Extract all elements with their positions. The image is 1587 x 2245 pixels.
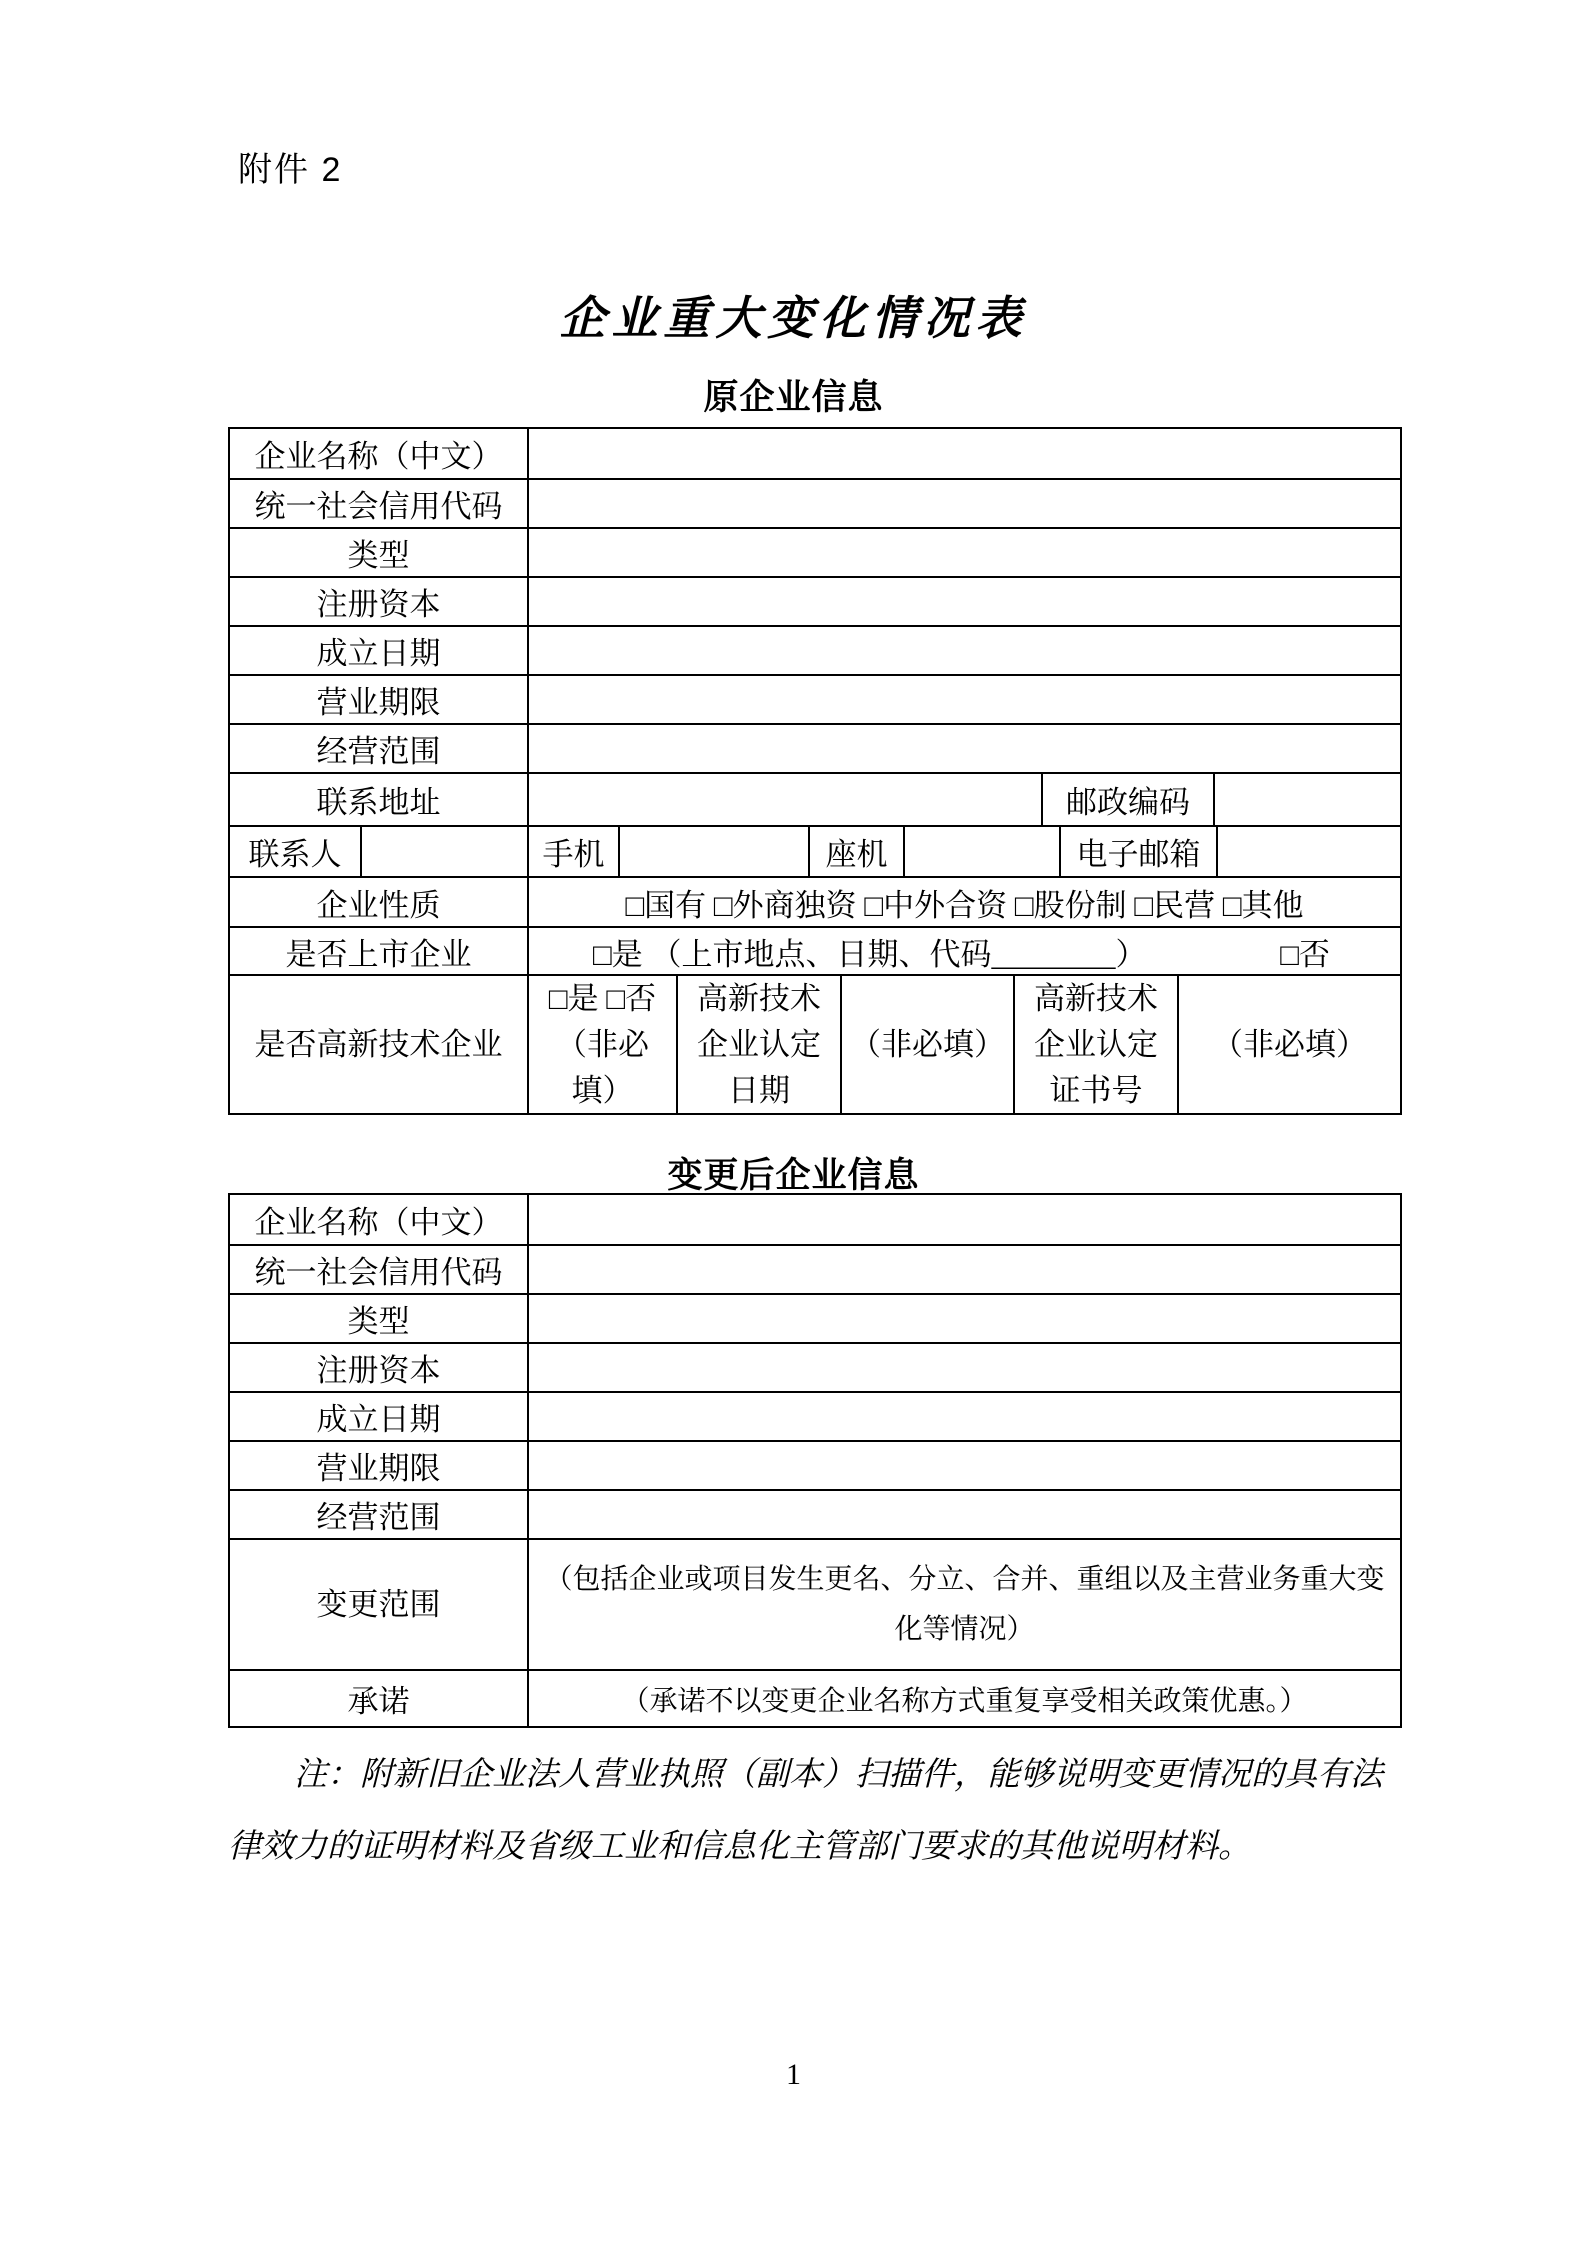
field-value-input[interactable] (527, 1195, 1400, 1244)
field-value-input[interactable] (527, 627, 1400, 674)
landline-input[interactable] (903, 827, 1059, 876)
page-number: 1 (0, 2058, 1587, 2092)
table-row-promise: 承诺 （承诺不以变更企业名称方式重复享受相关政策优惠。） (230, 1669, 1400, 1726)
promise-input[interactable]: （承诺不以变更企业名称方式重复享受相关政策优惠。） (527, 1671, 1400, 1726)
address-label: 联系地址 (230, 774, 527, 825)
mobile-input[interactable] (618, 827, 808, 876)
table-row-address: 联系地址 邮政编码 (230, 772, 1400, 825)
field-label: 统一社会信用代码 (230, 480, 527, 527)
document-page: 附件 2 企业重大变化情况表 原企业信息 企业名称（中文） 统一社会信用代码 类… (0, 0, 1587, 2245)
hightech-cert-date-label: 高新技术企业认定日期 (676, 976, 840, 1113)
email-label: 电子邮箱 (1059, 827, 1216, 876)
table-row: 类型 (230, 1293, 1400, 1342)
field-label: 类型 (230, 529, 527, 576)
address-value-input[interactable] (527, 774, 1041, 825)
table-row-enterprise-nature: 企业性质 □国有 □外商独资 □中外合资 □股份制 □民营 □其他 (230, 876, 1400, 926)
field-value-input[interactable] (527, 1491, 1400, 1538)
field-label: 注册资本 (230, 1344, 527, 1391)
listed-yes-checkbox[interactable]: □是 （上市地点、日期、代码________） (593, 929, 1146, 974)
listed-company-label: 是否上市企业 (230, 928, 527, 974)
mobile-label: 手机 (527, 827, 618, 876)
hightech-cert-number-input[interactable]: （非必填） (1177, 976, 1400, 1113)
field-value-input[interactable] (527, 1246, 1400, 1293)
table-row-listed-company: 是否上市企业 □是 （上市地点、日期、代码________） □否 (230, 926, 1400, 974)
field-value-input[interactable] (527, 725, 1400, 772)
table-row: 经营范围 (230, 1489, 1400, 1538)
landline-label: 座机 (808, 827, 903, 876)
field-value-input[interactable] (527, 529, 1400, 576)
field-value-input[interactable] (527, 1295, 1400, 1342)
table-row: 成立日期 (230, 625, 1400, 674)
field-label: 统一社会信用代码 (230, 1246, 527, 1293)
table-row: 注册资本 (230, 1342, 1400, 1391)
promise-label: 承诺 (230, 1671, 527, 1726)
table-row: 统一社会信用代码 (230, 478, 1400, 527)
table-row: 成立日期 (230, 1391, 1400, 1440)
table-row-contact: 联系人 手机 座机 电子邮箱 (230, 825, 1400, 876)
note-line-1: 注：附新旧企业法人营业执照（副本）扫描件，能够说明变更情况的具有法 (228, 1738, 1402, 1810)
field-value-input[interactable] (527, 480, 1400, 527)
hightech-yesno-checkboxes[interactable]: □是 □否（非必填） (527, 976, 676, 1113)
section-heading-original-info: 原企业信息 (0, 370, 1587, 420)
hightech-label: 是否高新技术企业 (230, 976, 527, 1113)
listed-company-options: □是 （上市地点、日期、代码________） □否 (527, 928, 1400, 974)
enterprise-nature-label: 企业性质 (230, 878, 527, 926)
table-row: 营业期限 (230, 1440, 1400, 1489)
listed-no-checkbox[interactable]: □否 (1280, 929, 1330, 974)
field-label: 经营范围 (230, 1491, 527, 1538)
field-label: 经营范围 (230, 725, 527, 772)
field-label: 类型 (230, 1295, 527, 1342)
table-row: 统一社会信用代码 (230, 1244, 1400, 1293)
note-text: 注：附新旧企业法人营业执照（副本）扫描件，能够说明变更情况的具有法 律效力的证明… (228, 1738, 1402, 1882)
field-label: 企业名称（中文） (230, 1195, 527, 1244)
changed-info-table: 企业名称（中文） 统一社会信用代码 类型 注册资本 成立日期 营业期限 经营范围 (228, 1193, 1402, 1728)
field-value-input[interactable] (527, 1344, 1400, 1391)
attachment-label: 附件 2 (238, 142, 342, 191)
table-row: 企业名称（中文） (230, 1195, 1400, 1244)
field-label: 企业名称（中文） (230, 429, 527, 478)
field-label: 营业期限 (230, 676, 527, 723)
table-row-change-scope: 变更范围 （包括企业或项目发生更名、分立、合并、重组以及主营业务重大变化等情况） (230, 1538, 1400, 1669)
note-line-2: 律效力的证明材料及省级工业和信息化主管部门要求的其他说明材料。 (228, 1810, 1402, 1882)
contact-person-input[interactable] (360, 827, 527, 876)
field-value-input[interactable] (527, 429, 1400, 478)
table-row-hightech: 是否高新技术企业 □是 □否（非必填） 高新技术企业认定日期 （非必填） 高新技… (230, 974, 1400, 1113)
hightech-cert-date-input[interactable]: （非必填） (840, 976, 1013, 1113)
table-row: 企业名称（中文） (230, 429, 1400, 478)
table-row: 类型 (230, 527, 1400, 576)
field-label: 成立日期 (230, 627, 527, 674)
field-value-input[interactable] (527, 676, 1400, 723)
field-label: 成立日期 (230, 1393, 527, 1440)
field-label: 营业期限 (230, 1442, 527, 1489)
original-info-table: 企业名称（中文） 统一社会信用代码 类型 注册资本 成立日期 营业期限 经营范围 (228, 427, 1402, 1115)
table-row: 经营范围 (230, 723, 1400, 772)
change-scope-label: 变更范围 (230, 1540, 527, 1669)
enterprise-nature-checkboxes[interactable]: □国有 □外商独资 □中外合资 □股份制 □民营 □其他 (527, 878, 1400, 926)
table-row: 注册资本 (230, 576, 1400, 625)
field-value-input[interactable] (527, 1442, 1400, 1489)
postal-code-label: 邮政编码 (1041, 774, 1213, 825)
postal-code-input[interactable] (1213, 774, 1400, 825)
change-scope-input[interactable]: （包括企业或项目发生更名、分立、合并、重组以及主营业务重大变化等情况） (527, 1540, 1400, 1669)
field-value-input[interactable] (527, 578, 1400, 625)
field-label: 注册资本 (230, 578, 527, 625)
section-heading-changed-info: 变更后企业信息 (0, 1148, 1587, 1198)
contact-person-label: 联系人 (230, 827, 360, 876)
field-value-input[interactable] (527, 1393, 1400, 1440)
document-title: 企业重大变化情况表 (0, 282, 1587, 348)
email-input[interactable] (1216, 827, 1400, 876)
hightech-cert-number-label: 高新技术企业认定证书号 (1013, 976, 1177, 1113)
table-row: 营业期限 (230, 674, 1400, 723)
